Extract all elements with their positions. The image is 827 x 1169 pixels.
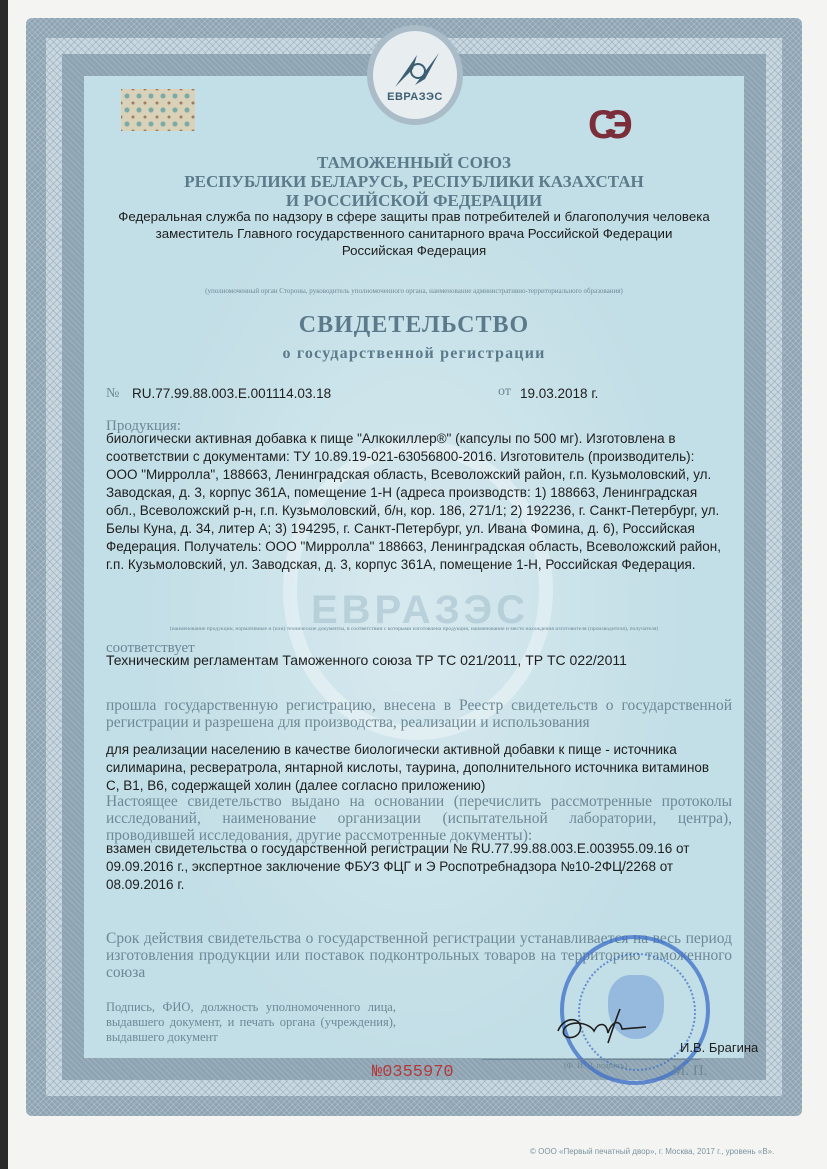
basis-statement: Настоящее свидетельство выдано на основа… bbox=[106, 793, 732, 844]
fio-caption: (Ф. И. О. подпись) bbox=[564, 1061, 627, 1070]
scan-edge bbox=[0, 0, 8, 1169]
form-serial-number: №0355970 bbox=[372, 1063, 454, 1082]
emblem-brand: ЕВРАЗЭС bbox=[373, 91, 457, 103]
product-caption: (наименование продукции, нормативные и (… bbox=[90, 626, 738, 632]
signature-label: Подпись, ФИО, должность уполномоченного … bbox=[106, 1000, 396, 1045]
customs-union-heading: ТАМОЖЕННЫЙ СОЮЗ РЕСПУБЛИКИ БЕЛАРУСЬ, РЕС… bbox=[84, 153, 744, 210]
union-line: ТАМОЖЕННЫЙ СОЮЗ bbox=[84, 153, 744, 172]
issuing-agency: Федеральная служба по надзору в сфере за… bbox=[84, 208, 744, 259]
registration-statement: прошла государственную регистрацию, внес… bbox=[106, 697, 732, 731]
registration-number: RU.77.99.88.003.E.001114.03.18 bbox=[132, 386, 331, 401]
number-label: № bbox=[106, 386, 119, 402]
agency-line: Федеральная служба по надзору в сфере за… bbox=[84, 208, 744, 225]
usage-scope: для реализации населению в качестве биол… bbox=[106, 741, 726, 795]
certificate-subtitle: о государственной регистрации bbox=[84, 345, 744, 363]
agency-line: заместитель Главного государственного са… bbox=[84, 225, 744, 242]
conformity-mark-icon: СЭ bbox=[588, 103, 621, 148]
hologram-icon bbox=[121, 89, 195, 131]
emblem-wing-icon bbox=[391, 49, 443, 89]
conformity-regulations: Техническим регламентам Таможенного союз… bbox=[106, 651, 726, 669]
seal-placeholder-label: М. П. bbox=[672, 1063, 707, 1080]
signature-line bbox=[482, 1059, 700, 1060]
certificate-title: СВИДЕТЕЛЬСТВО bbox=[84, 312, 744, 339]
product-description: биологически активная добавка к пище "Ал… bbox=[106, 430, 726, 574]
signer-name: И.В. Брагина bbox=[680, 1040, 758, 1055]
date-label: от bbox=[498, 384, 511, 400]
registration-date: 19.03.2018 г. bbox=[520, 386, 598, 401]
printer-credit: © ООО «Первый печатный двор», г. Москва,… bbox=[530, 1147, 774, 1156]
eurasec-emblem-icon: ЕВРАЗЭС bbox=[367, 25, 463, 125]
basis-documents: взамен свидетельства о государственной р… bbox=[106, 840, 726, 894]
agency-caption: (уполномоченный орган Стороны, руководит… bbox=[84, 287, 744, 295]
union-line: РЕСПУБЛИКИ БЕЛАРУСЬ, РЕСПУБЛИКИ КАЗАХСТА… bbox=[84, 172, 744, 191]
agency-line: Российская Федерация bbox=[84, 242, 744, 259]
signature-icon bbox=[550, 1005, 670, 1045]
